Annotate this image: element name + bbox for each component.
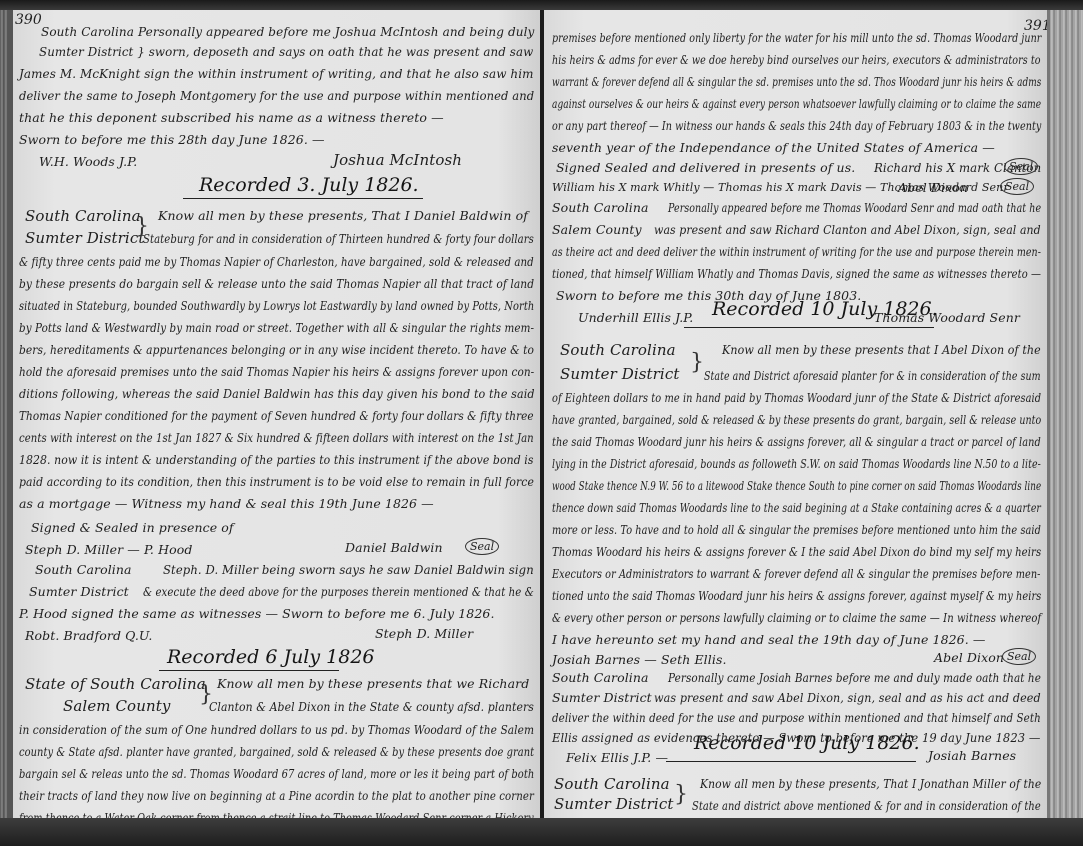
recorded-stamp: Recorded 6 July 1826 bbox=[167, 646, 375, 668]
recorded-underline bbox=[183, 198, 423, 199]
text-line: his heirs & adms for ever & we doe hereb… bbox=[552, 52, 1041, 68]
text-line: as theire act and deed deliver the withi… bbox=[552, 244, 1041, 260]
heading-district: Sumter District bbox=[560, 366, 679, 382]
text-line: P. Hood signed the same as witnesses — S… bbox=[19, 606, 495, 622]
heading-state: State of South Carolina bbox=[25, 676, 206, 692]
text-line: by Potts land & Westwardly by main road … bbox=[19, 320, 534, 336]
text-line: Know all men by these presents that I Ab… bbox=[722, 342, 1041, 358]
heading-county: Salem County bbox=[63, 698, 170, 714]
recorded-stamp: Recorded 10 July 1826. bbox=[712, 298, 938, 320]
recorded-stamp: Recorded 10 July 1826. bbox=[694, 732, 920, 754]
text-line: have granted, bargained, sold & released… bbox=[552, 412, 1041, 428]
seal-icon: Seal bbox=[1002, 648, 1036, 665]
text-line: or any part thereof — In witness our han… bbox=[552, 118, 1041, 134]
text-line: paid according to its condition, then th… bbox=[19, 474, 534, 490]
probate-state: South Carolina bbox=[552, 670, 649, 686]
text-line: more or less. To have and to hold all & … bbox=[552, 522, 1041, 538]
recorded-underline bbox=[159, 670, 339, 671]
probate-district: Sumter District bbox=[29, 584, 129, 600]
text-line: State and District aforesaid planter for… bbox=[704, 368, 1041, 384]
text-line: Executors or Administrators to warrant &… bbox=[552, 566, 1041, 582]
text-line: was present and saw Richard Clanton and … bbox=[654, 222, 1041, 238]
text-line: bargain sel & releas unto the sd. Thomas… bbox=[19, 766, 534, 782]
brace-icon: } bbox=[690, 352, 704, 374]
text-line: deliver the same to Joseph Montgomery fo… bbox=[19, 88, 534, 104]
text-line: seventh year of the Independance of the … bbox=[552, 140, 995, 156]
text-line: hold the aforesaid premises unto the sai… bbox=[19, 364, 534, 380]
text-line: 1828. now it is intent & understanding o… bbox=[19, 452, 534, 468]
heading-district: Sumter District bbox=[25, 230, 144, 246]
text-line: lying in the District aforesaid, bounds … bbox=[552, 456, 1041, 472]
text-line: Steph. D. Miller being sworn says he saw… bbox=[163, 562, 534, 578]
text-line: South Carolina Personally appeared befor… bbox=[41, 24, 534, 40]
text-line: Thomas Woodard his heirs & assigns forev… bbox=[552, 544, 1041, 560]
probate-state: South Carolina bbox=[35, 562, 132, 578]
magistrate-signature: Robt. Bradford Q.U. bbox=[25, 628, 153, 644]
magistrate-signature: W.H. Woods J.P. bbox=[39, 154, 137, 170]
text-line: Stateburg for and in consideration of Th… bbox=[143, 231, 534, 247]
text-line: county & State afsd. planter have grante… bbox=[19, 744, 534, 760]
book-right-edge bbox=[1050, 10, 1083, 818]
scan-bottom-border bbox=[0, 818, 1083, 846]
text-line: situated in Stateburg, bounded Southward… bbox=[19, 298, 534, 314]
text-line: was present and saw Abel Dixon, sign, se… bbox=[654, 690, 1041, 706]
text-line: Personally came Josiah Barnes before me … bbox=[668, 670, 1041, 686]
text-line: tioned unto the said Thomas Woodard junr… bbox=[552, 588, 1041, 604]
text-line: the said Thomas Woodard junr his heirs &… bbox=[552, 434, 1041, 450]
signed-sealed-label: Signed Sealed and delivered in presents … bbox=[556, 160, 855, 176]
text-line: & execute the deed above for the purpose… bbox=[143, 584, 534, 600]
heading-district: Sumter District bbox=[554, 796, 673, 812]
text-line: deliver the within deed for the use and … bbox=[552, 710, 1041, 726]
text-line: wood Stake thence N.9 W. 56 to a litewoo… bbox=[552, 478, 1041, 494]
text-line: from thence to a Water Oak corner from t… bbox=[19, 810, 534, 818]
grantor-signature: Daniel Baldwin bbox=[345, 540, 443, 556]
text-line: as a mortgage — Witness my hand & seal t… bbox=[19, 496, 434, 512]
seal-icon: Seal bbox=[465, 538, 499, 555]
recorded-underline bbox=[666, 761, 916, 762]
text-line: in consideration of the sum of One hundr… bbox=[19, 722, 534, 738]
heading-state: South Carolina bbox=[554, 776, 670, 792]
text-line: their tracts of land they now live on be… bbox=[19, 788, 534, 804]
heading-state: South Carolina bbox=[560, 342, 676, 358]
text-line: cents with interest on the 1st Jan 1827 … bbox=[19, 430, 534, 446]
text-line: Thomas Napier conditioned for the paymen… bbox=[19, 408, 534, 424]
brace-icon: } bbox=[674, 784, 688, 806]
magistrate-signature: Felix Ellis J.P. — bbox=[566, 750, 668, 766]
witness-signatures: Steph D. Miller — P. Hood bbox=[25, 542, 192, 558]
text-line: James M. McKnight sign the within instru… bbox=[19, 66, 534, 82]
text-line: thence down said Thomas Woodards line to… bbox=[552, 500, 1041, 516]
text-line: against ourselves & our heirs & against … bbox=[552, 96, 1041, 112]
text-line: of Eighteen dollars to me in hand paid b… bbox=[552, 390, 1041, 406]
text-line: by these presents do bargain sell & rele… bbox=[19, 276, 534, 292]
text-line: Sworn to before me this 28th day June 18… bbox=[19, 132, 325, 148]
text-line: Know all men by these presents, That I J… bbox=[700, 776, 1041, 792]
probate-state: South Carolina bbox=[552, 200, 649, 216]
text-line: Personally appeared before me Thomas Woo… bbox=[668, 200, 1041, 216]
grantor-signature: Abel Dixon bbox=[934, 650, 1004, 666]
probate-county: Salem County bbox=[552, 222, 642, 238]
seal-icon: Seal bbox=[1000, 178, 1034, 195]
witness-signatures: Josiah Barnes — Seth Ellis. bbox=[552, 652, 727, 668]
signed-in-presence-label: Signed & Sealed in presence of bbox=[31, 520, 234, 536]
text-line: Sumter District } sworn, deposeth and sa… bbox=[39, 44, 533, 60]
text-line: premises before mentioned only liberty f… bbox=[552, 30, 1041, 46]
text-line: ditions following, whereas the said Dani… bbox=[19, 386, 535, 402]
scan-top-border bbox=[0, 0, 1083, 10]
text-line: bers, hereditaments & appurtenances belo… bbox=[19, 342, 534, 358]
text-line: that he this deponent subscribed his nam… bbox=[19, 110, 444, 126]
recorded-stamp: Recorded 3. July 1826. bbox=[199, 174, 419, 196]
left-page: 390 South Carolina Personally appeared b… bbox=[8, 10, 540, 818]
text-line: Know all men by these presents, That I D… bbox=[158, 208, 528, 224]
text-line: tioned, that himself William Whatly and … bbox=[552, 266, 1041, 282]
recorded-underline bbox=[684, 327, 934, 328]
text-line: warrant & forever defend all & singular … bbox=[552, 74, 1041, 90]
seal-icon: Seal bbox=[1004, 158, 1038, 175]
witness-signature: Steph D. Miller bbox=[375, 626, 473, 642]
grantor-signature: Abel Dixon bbox=[898, 180, 968, 196]
text-line: Clanton & Abel Dixon in the State & coun… bbox=[209, 699, 534, 715]
deponent-signature: Joshua McIntosh bbox=[333, 152, 462, 168]
text-line: I have hereunto set my hand and seal the… bbox=[552, 632, 985, 648]
right-page: 391 premises before mentioned only liber… bbox=[544, 10, 1050, 818]
deponent-signature: Josiah Barnes bbox=[928, 748, 1016, 764]
text-line: & fifty three cents paid me by Thomas Na… bbox=[19, 254, 534, 270]
heading-state: South Carolina bbox=[25, 208, 141, 224]
text-line: Know all men by these presents that we R… bbox=[217, 676, 529, 692]
probate-district: Sumter District bbox=[552, 690, 652, 706]
page-number-left: 390 bbox=[15, 12, 42, 28]
book-left-edge bbox=[0, 10, 8, 818]
magistrate-signature: Underhill Ellis J.P. bbox=[578, 310, 693, 326]
text-line: & every other person or persons lawfully… bbox=[552, 610, 1041, 626]
text-line: State and district above mentioned & for… bbox=[692, 798, 1041, 814]
